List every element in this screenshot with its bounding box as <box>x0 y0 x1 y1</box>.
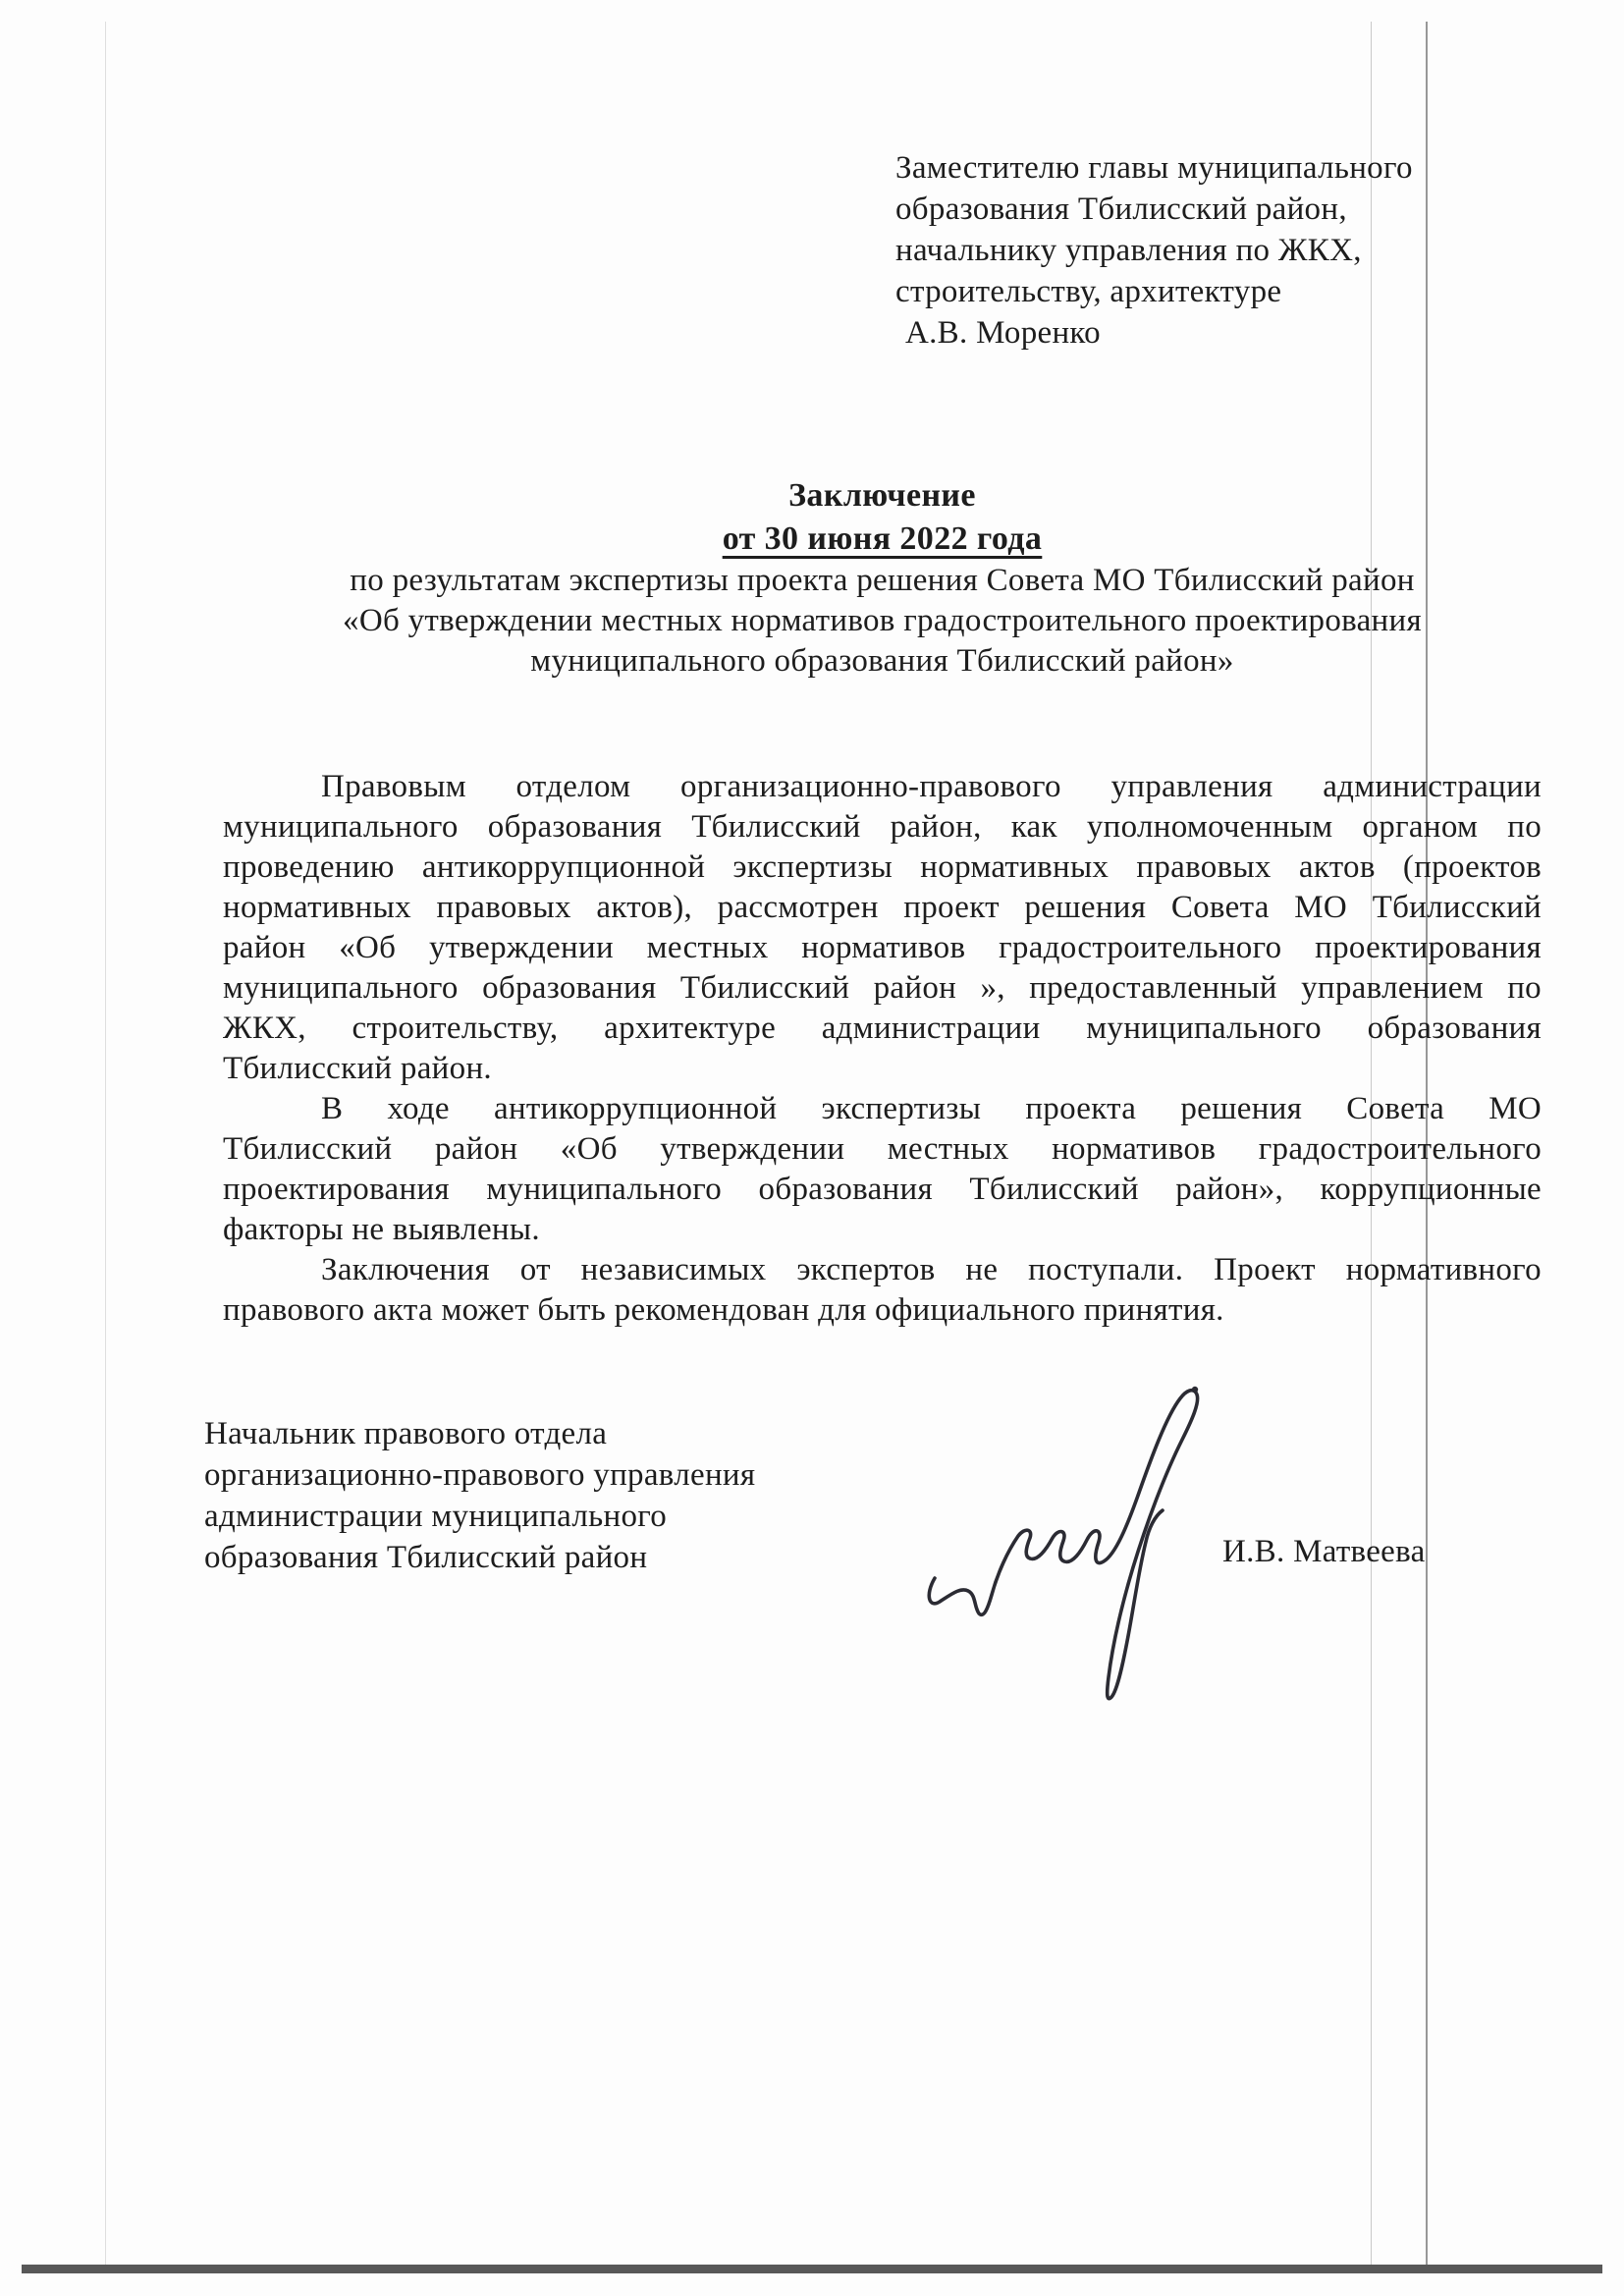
paragraph: В ходе антикоррупционной экспертизы прое… <box>223 1089 1542 1250</box>
body-line: В ходе антикоррупционной экспертизы прое… <box>223 1089 1542 1129</box>
paragraph: Правовым отделом организационно-правовог… <box>223 767 1542 1089</box>
addressee-line: образования Тбилисский район, <box>895 189 1445 230</box>
body-line: правового акта может быть рекомендован д… <box>223 1290 1542 1331</box>
body-line: факторы не выявлены. <box>223 1210 1542 1250</box>
body-line: Заключения от независимых экспертов не п… <box>223 1250 1542 1290</box>
body-line: Правовым отделом организационно-правовог… <box>223 767 1542 807</box>
body-line: муниципального образования Тбилисский ра… <box>223 807 1542 847</box>
body-line: Тбилисский район «Об утверждении местных… <box>223 1129 1542 1170</box>
addressee-line: строительству, архитектуре <box>895 271 1445 312</box>
document-title-block: Заключение от 30 июня 2022 года <box>223 474 1542 561</box>
addressee-block: Заместителю главы муниципальногообразова… <box>895 147 1445 354</box>
signatory-position-line: образования Тбилисский район <box>204 1537 892 1578</box>
scanned-document-page: Заместителю главы муниципальногообразова… <box>0 0 1624 2296</box>
body-line: нормативных правовых актов), рассмотрен … <box>223 888 1542 928</box>
subtitle-line: по результатам экспертизы проекта решени… <box>223 561 1542 601</box>
paragraph: Заключения от независимых экспертов не п… <box>223 1250 1542 1331</box>
document-body: Правовым отделом организационно-правовог… <box>223 767 1542 1331</box>
body-line: проведению антикоррупционной экспертизы … <box>223 847 1542 888</box>
body-line: ЖКХ, строительству, архитектуре админист… <box>223 1009 1542 1049</box>
signatory-position-line: администрации муниципального <box>204 1496 892 1537</box>
handwritten-signature-icon <box>923 1373 1218 1712</box>
signatory-position-block: Начальник правового отделаорганизационно… <box>204 1413 892 1578</box>
signatory-position-line: Начальник правового отдела <box>204 1413 892 1454</box>
document-title: Заключение <box>223 474 1542 518</box>
scan-artifact-left-line <box>105 22 106 2272</box>
body-line: район «Об утверждении местных нормативов… <box>223 928 1542 968</box>
addressee-line: А.В. Моренко <box>895 312 1445 354</box>
addressee-line: начальнику управления по ЖКХ, <box>895 230 1445 271</box>
document-date: от 30 июня 2022 года <box>223 518 1542 561</box>
body-line: муниципального образования Тбилисский ра… <box>223 968 1542 1009</box>
body-line: проектирования муниципального образовани… <box>223 1170 1542 1210</box>
scan-artifact-bottom-edge <box>22 2265 1602 2273</box>
subtitle-line: муниципального образования Тбилисский ра… <box>223 641 1542 682</box>
signee-name: И.В. Матвеева <box>1222 1531 1426 1572</box>
document-subtitle: по результатам экспертизы проекта решени… <box>223 561 1542 682</box>
addressee-line: Заместителю главы муниципального <box>895 147 1445 189</box>
signatory-position-line: организационно-правового управления <box>204 1454 892 1496</box>
subtitle-line: «Об утверждении местных нормативов градо… <box>223 601 1542 641</box>
body-line: Тбилисский район. <box>223 1049 1542 1089</box>
